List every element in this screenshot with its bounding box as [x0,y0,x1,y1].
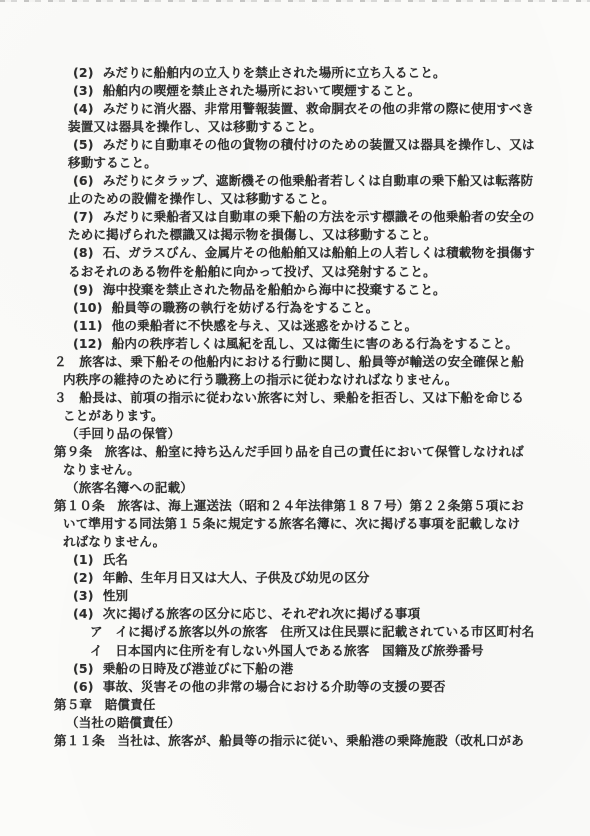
text-line: (6) 事故、災害その他の非常の場合における介助等の支援の要否 [54,678,554,696]
text-line: (10) 船員等の職務の執行を妨げる行為をすること。 [54,299,554,317]
text-line: 第１０条 旅客は、海上運送法（昭和２４年法律第１８７号）第２２条第５項にお [54,497,554,515]
text-line: （手回り品の保管） [54,425,554,443]
text-line: （当社の賠償責任） [54,714,554,732]
text-line: いて準用する同法第１５条に規定する旅客名簿に、次に掲げる事項を記載しなけ [54,515,554,533]
text-line: 装置又は器具を操作し、又は移動すること。 [54,118,554,136]
text-line: (8) 石、ガラスびん、金属片その他船舶又は船舶上の人若しくは積載物を損傷す [54,244,554,262]
text-line: 第９条 旅客は、船室に持ち込んだ手回り品を自己の責任において保管しなければ [54,443,554,461]
text-line: (4) 次に掲げる旅客の区分に応じ、それぞれ次に掲げる事項 [54,605,554,623]
text-line: ことがあります。 [54,407,554,425]
text-line: なりません。 [54,461,554,479]
text-line: (3) 船舶内の喫煙を禁止された場所において喫煙すること。 [54,82,554,100]
text-line: 第５章 賠償責任 [54,696,554,714]
text-line: イ 日本国内に住所を有しない外国人である旅客 国籍及び旅券番号 [54,642,554,660]
scan-edge-artifact [0,0,590,2]
text-line: (2) 年齢、生年月日又は大人、子供及び幼児の区分 [54,569,554,587]
text-line: 止のための設備を操作し、又は移動すること。 [54,190,554,208]
text-line: ために掲げられた標識又は掲示物を損傷し、又は移動すること。 [54,226,554,244]
text-line: 内秩序の維持のために行う職務上の指示に従わなければなりません。 [54,371,554,389]
text-line: るおそれのある物件を船舶に向かって投げ、又は発射すること。 [54,263,554,281]
text-line: (3) 性別 [54,587,554,605]
document-body: (2) みだりに船舶内の立入りを禁止された場所に立ち入ること。(3) 船舶内の喫… [54,64,554,750]
text-line: (4) みだりに消火器、非常用警報装置、救命胴衣その他の非常の際に使用すべき [54,100,554,118]
text-line: 移動すること。 [54,154,554,172]
text-line: 第１１条 当社は、旅客が、船員等の指示に従い、乗船港の乗降施設（改札口があ [54,732,554,750]
text-line: ればなりません。 [54,533,554,551]
text-line: (6) みだりにタラップ、遮断機その他乗船者若しくは自動車の乗下船又は転落防 [54,172,554,190]
text-line: (9) 海中投棄を禁止された物品を船舶から海中に投棄すること。 [54,281,554,299]
text-line: (5) 乗船の日時及び港並びに下船の港 [54,660,554,678]
text-line: (1) 氏名 [54,551,554,569]
text-line: ２ 旅客は、乗下船その他船内における行動に関し、船員等が輸送の安全確保と船 [54,353,554,371]
text-line: (7) みだりに乗船者又は自動車の乗下船の方法を示す標識その他乗船者の安全の [54,208,554,226]
text-line: (11) 他の乗船者に不快感を与え、又は迷惑をかけること。 [54,317,554,335]
text-line: (5) みだりに自動車その他の貨物の積付けのための装置又は器具を操作し、又は [54,136,554,154]
text-line: （旅客名簿への記載） [54,479,554,497]
scanned-document-page: (2) みだりに船舶内の立入りを禁止された場所に立ち入ること。(3) 船舶内の喫… [0,0,590,836]
text-line: (12) 船内の秩序若しくは風紀を乱し、又は衛生に害のある行為をすること。 [54,335,554,353]
text-line: (2) みだりに船舶内の立入りを禁止された場所に立ち入ること。 [54,64,554,82]
text-line: ３ 船長は、前項の指示に従わない旅客に対し、乗船を拒否し、又は下船を命じる [54,389,554,407]
text-line: ア イに掲げる旅客以外の旅客 住所又は住民票に記載されている市区町村名 [54,623,554,641]
